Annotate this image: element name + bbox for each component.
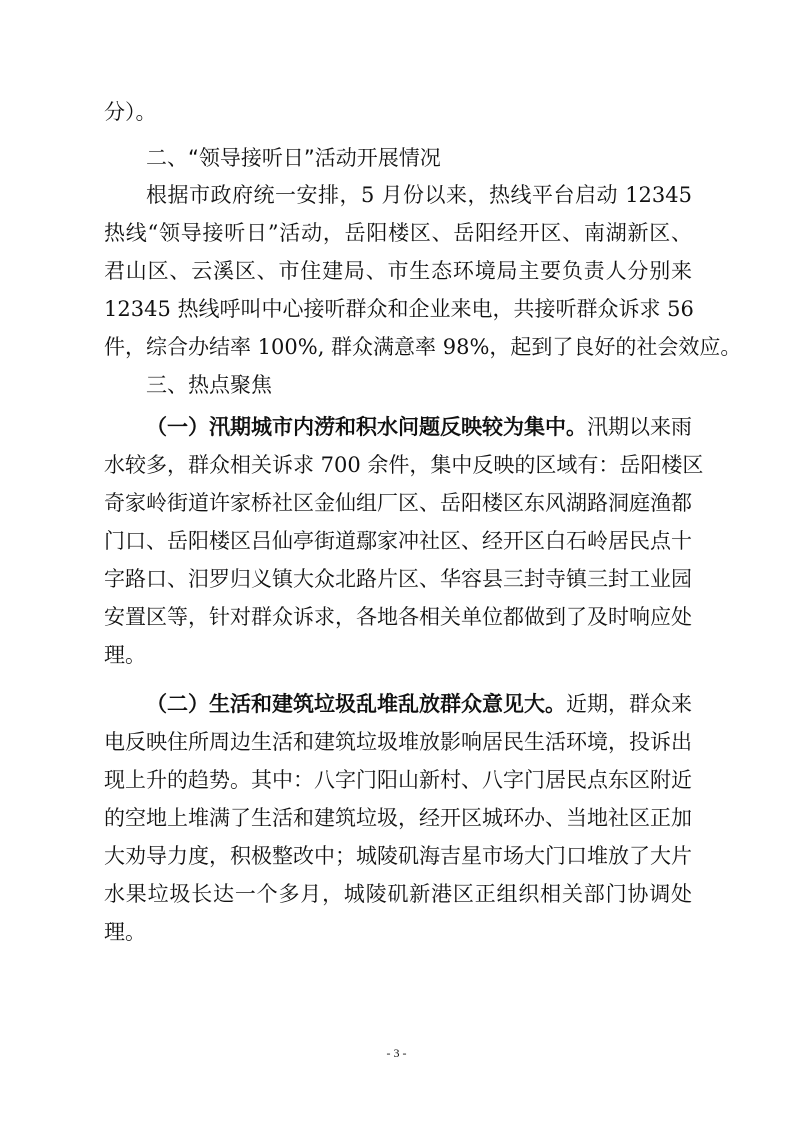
subsection-1-title: （一）汛期城市内涝和积水问题反映较为集中。 [146, 415, 587, 439]
paragraph-line: 件，综合办结率 100%, 群众满意率 98%，起到了良好的社会效应。 [104, 334, 692, 360]
paragraph-line: 安置区等，针对群众诉求，各地各相关单位都做到了及时响应处 [104, 604, 692, 630]
subsection-2-first-line: （二）生活和建筑垃圾乱堆乱放群众意见大。近期，群众来 [146, 691, 692, 717]
paragraph-line: 电反映住所周边生活和建筑垃圾堆放影响居民生活环境，投诉出 [104, 729, 692, 755]
paragraph-line: 水果垃圾长达一个多月，城陵矶新港区正组织相关部门协调处 [104, 881, 692, 907]
continuation-text: 分）。 [104, 99, 692, 125]
paragraph-line: 门口、岳阳楼区吕仙亭街道鄢家冲社区、经开区白石岭居民点十 [104, 528, 692, 554]
document-page: 分）。 二、“领导接听日”活动开展情况 根据市政府统一安排，5 月份以来，热线平… [0, 0, 793, 1122]
page-number: - 3 - [0, 1046, 793, 1061]
subsection-1-text: 汛期以来雨 [587, 415, 692, 439]
paragraph-line: 理。 [104, 919, 692, 945]
section-heading-2: 二、“领导接听日”活动开展情况 [146, 145, 441, 171]
paragraph-line: 12345 热线呼叫中心接听群众和企业来电，共接听群众诉求 56 [104, 296, 692, 322]
paragraph-line: 的空地上堆满了生活和建筑垃圾，经开区城环办、当地社区正加 [104, 805, 692, 831]
paragraph-line: 根据市政府统一安排，5 月份以来，热线平台启动 12345 [146, 182, 692, 208]
subsection-2-text: 近期，群众来 [566, 692, 692, 716]
paragraph-line: 热线“领导接听日”活动，岳阳楼区、岳阳经开区、南湖新区、 [104, 220, 692, 246]
subsection-2-title: （二）生活和建筑垃圾乱堆乱放群众意见大。 [146, 692, 566, 716]
subsection-1-first-line: （一）汛期城市内涝和积水问题反映较为集中。汛期以来雨 [146, 414, 692, 440]
paragraph-line: 字路口、汨罗归义镇大众北路片区、华容县三封寺镇三封工业园 [104, 566, 692, 592]
paragraph-line: 现上升的趋势。其中：八字门阳山新村、八字门居民点东区附近 [104, 767, 692, 793]
paragraph-line: 理。 [104, 642, 692, 668]
paragraph-line: 水较多，群众相关诉求 700 余件，集中反映的区域有：岳阳楼区 [104, 452, 692, 478]
paragraph-line: 君山区、云溪区、市住建局、市生态环境局主要负责人分别来 [104, 258, 692, 284]
paragraph-line: 奇家岭街道许家桥社区金仙组厂区、岳阳楼区东风湖路洞庭渔都 [104, 490, 692, 516]
paragraph-line: 大劝导力度，积极整改中；城陵矶海吉星市场大门口堆放了大片 [104, 843, 692, 869]
section-heading-3: 三、热点聚焦 [146, 372, 272, 398]
